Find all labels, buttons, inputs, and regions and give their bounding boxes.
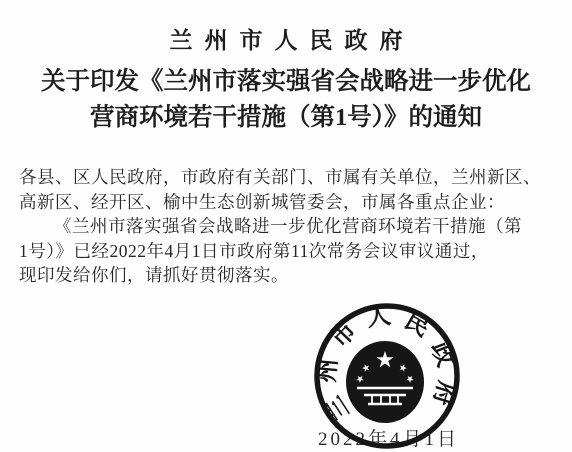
- body-line: 各县、区人民政府，市政府有关部门、市属有关单位，兰州新区、: [19, 165, 557, 190]
- org-title: 兰州市人民政府: [0, 22, 572, 55]
- notice-title-line-2: 营商环境若干措施（第1号）》的通知: [0, 100, 572, 136]
- seal-char: 州: [313, 357, 342, 383]
- body-line: 现印发给你们，请抓好贯彻落实。: [19, 263, 557, 288]
- body-line: 1号）》已经2022年4月1日市政府第11次常务会议审议通过，: [19, 239, 557, 264]
- national-emblem-icon: [346, 341, 424, 423]
- official-seal: 兰 州 市 人 民 政 府: [307, 296, 467, 452]
- notice-title: 关于印发《兰州市落实强省会战略进一步优化 营商环境若干措施（第1号）》的通知: [0, 64, 572, 136]
- body-line: 《兰州市落实强省会战略进一步优化营商环境若干措施（第: [19, 214, 557, 239]
- body-line: 高新区、经开区、榆中生态创新城管委会，市属各重点企业：: [19, 190, 557, 215]
- seal-char: 民: [400, 307, 434, 342]
- seal-char: 市: [326, 317, 362, 353]
- seal-char: 人: [365, 302, 393, 332]
- notice-title-line-1: 关于印发《兰州市落实强省会战略进一步优化: [0, 64, 572, 100]
- document-page: 兰州市人民政府 关于印发《兰州市落实强省会战略进一步优化 营商环境若干措施（第1…: [0, 0, 572, 452]
- document-body: 各县、区人民政府，市政府有关部门、市属有关单位，兰州新区、 高新区、经开区、榆中…: [19, 165, 557, 288]
